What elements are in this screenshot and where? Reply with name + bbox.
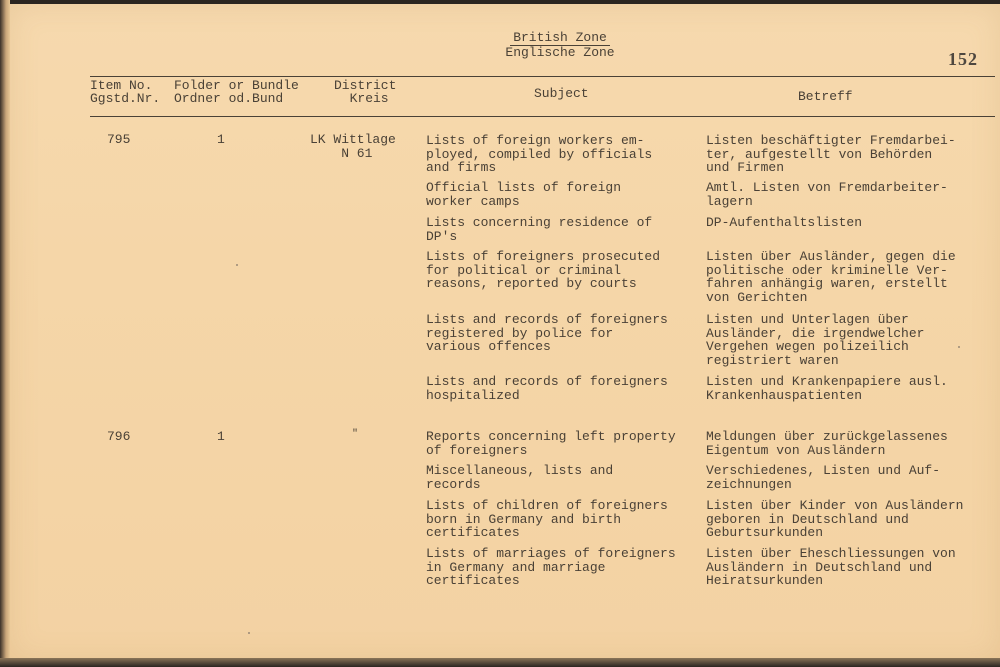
district-ditto-mark: "	[352, 428, 358, 442]
betreff-entry: DP-Aufenthaltslisten	[706, 216, 862, 230]
betreff-entry: Listen und Unterlagen über Ausländer, di…	[706, 313, 924, 367]
column-header-district: District Kreis	[334, 79, 396, 105]
betreff-entry: Listen über Kinder von Ausländern gebore…	[706, 499, 963, 540]
paper-speck	[236, 264, 238, 266]
column-header-item-no: Item No. Ggstd.Nr.	[90, 79, 160, 105]
folder-number: 1	[217, 430, 225, 444]
subject-entry: Reports concerning left property of fore…	[426, 430, 676, 457]
scan-left-edge	[0, 0, 10, 667]
header-rule-top	[90, 76, 995, 77]
page-number: 152	[948, 49, 978, 70]
item-number: 796	[107, 430, 130, 444]
betreff-entry: Amtl. Listen von Fremdarbeiter- lagern	[706, 181, 948, 208]
header-rule-bottom	[90, 116, 995, 117]
subject-entry: Lists of marriages of foreigners in Germ…	[426, 547, 676, 588]
folder-number: 1	[217, 133, 225, 147]
column-header-betreff: Betreff	[798, 90, 853, 103]
subject-entry: Lists and records of foreigners hospital…	[426, 375, 668, 402]
document-page: British Zone Englische Zone 152 Item No.…	[10, 4, 1000, 660]
betreff-entry: Listen und Krankenpapiere ausl. Krankenh…	[706, 375, 948, 402]
betreff-entry: Listen über Eheschliessungen von Ausländ…	[706, 547, 956, 588]
zone-title-en: British Zone	[510, 31, 610, 46]
zone-title: British Zone Englische Zone	[495, 31, 625, 60]
subject-entry: Lists and records of foreigners register…	[426, 313, 668, 354]
subject-entry: Miscellaneous, lists and records	[426, 464, 613, 491]
column-header-folder: Folder or Bundle Ordner od.Bund	[174, 79, 299, 105]
column-header-subject: Subject	[534, 87, 589, 100]
betreff-entry: Listen beschäftigter Fremdarbei- ter, au…	[706, 134, 956, 175]
district: LK Wittlage N 61	[310, 133, 396, 160]
item-number: 795	[107, 133, 130, 147]
betreff-entry: Verschiedenes, Listen und Auf- zeichnung…	[706, 464, 940, 491]
scan-bottom-edge	[0, 658, 1000, 667]
paper-speck	[248, 632, 250, 634]
subject-entry: Lists concerning residence of DP's	[426, 216, 652, 243]
subject-entry: Lists of foreign workers em- ployed, com…	[426, 134, 652, 175]
zone-title-de: Englische Zone	[505, 45, 614, 60]
subject-entry: Official lists of foreign worker camps	[426, 181, 621, 208]
subject-entry: Lists of children of foreigners born in …	[426, 499, 668, 540]
betreff-entry: Meldungen über zurückgelassenes Eigentum…	[706, 430, 948, 457]
betreff-entry: Listen über Ausländer, gegen die politis…	[706, 250, 956, 304]
subject-entry: Lists of foreigners prosecuted for polit…	[426, 250, 660, 291]
paper-speck	[958, 346, 960, 348]
